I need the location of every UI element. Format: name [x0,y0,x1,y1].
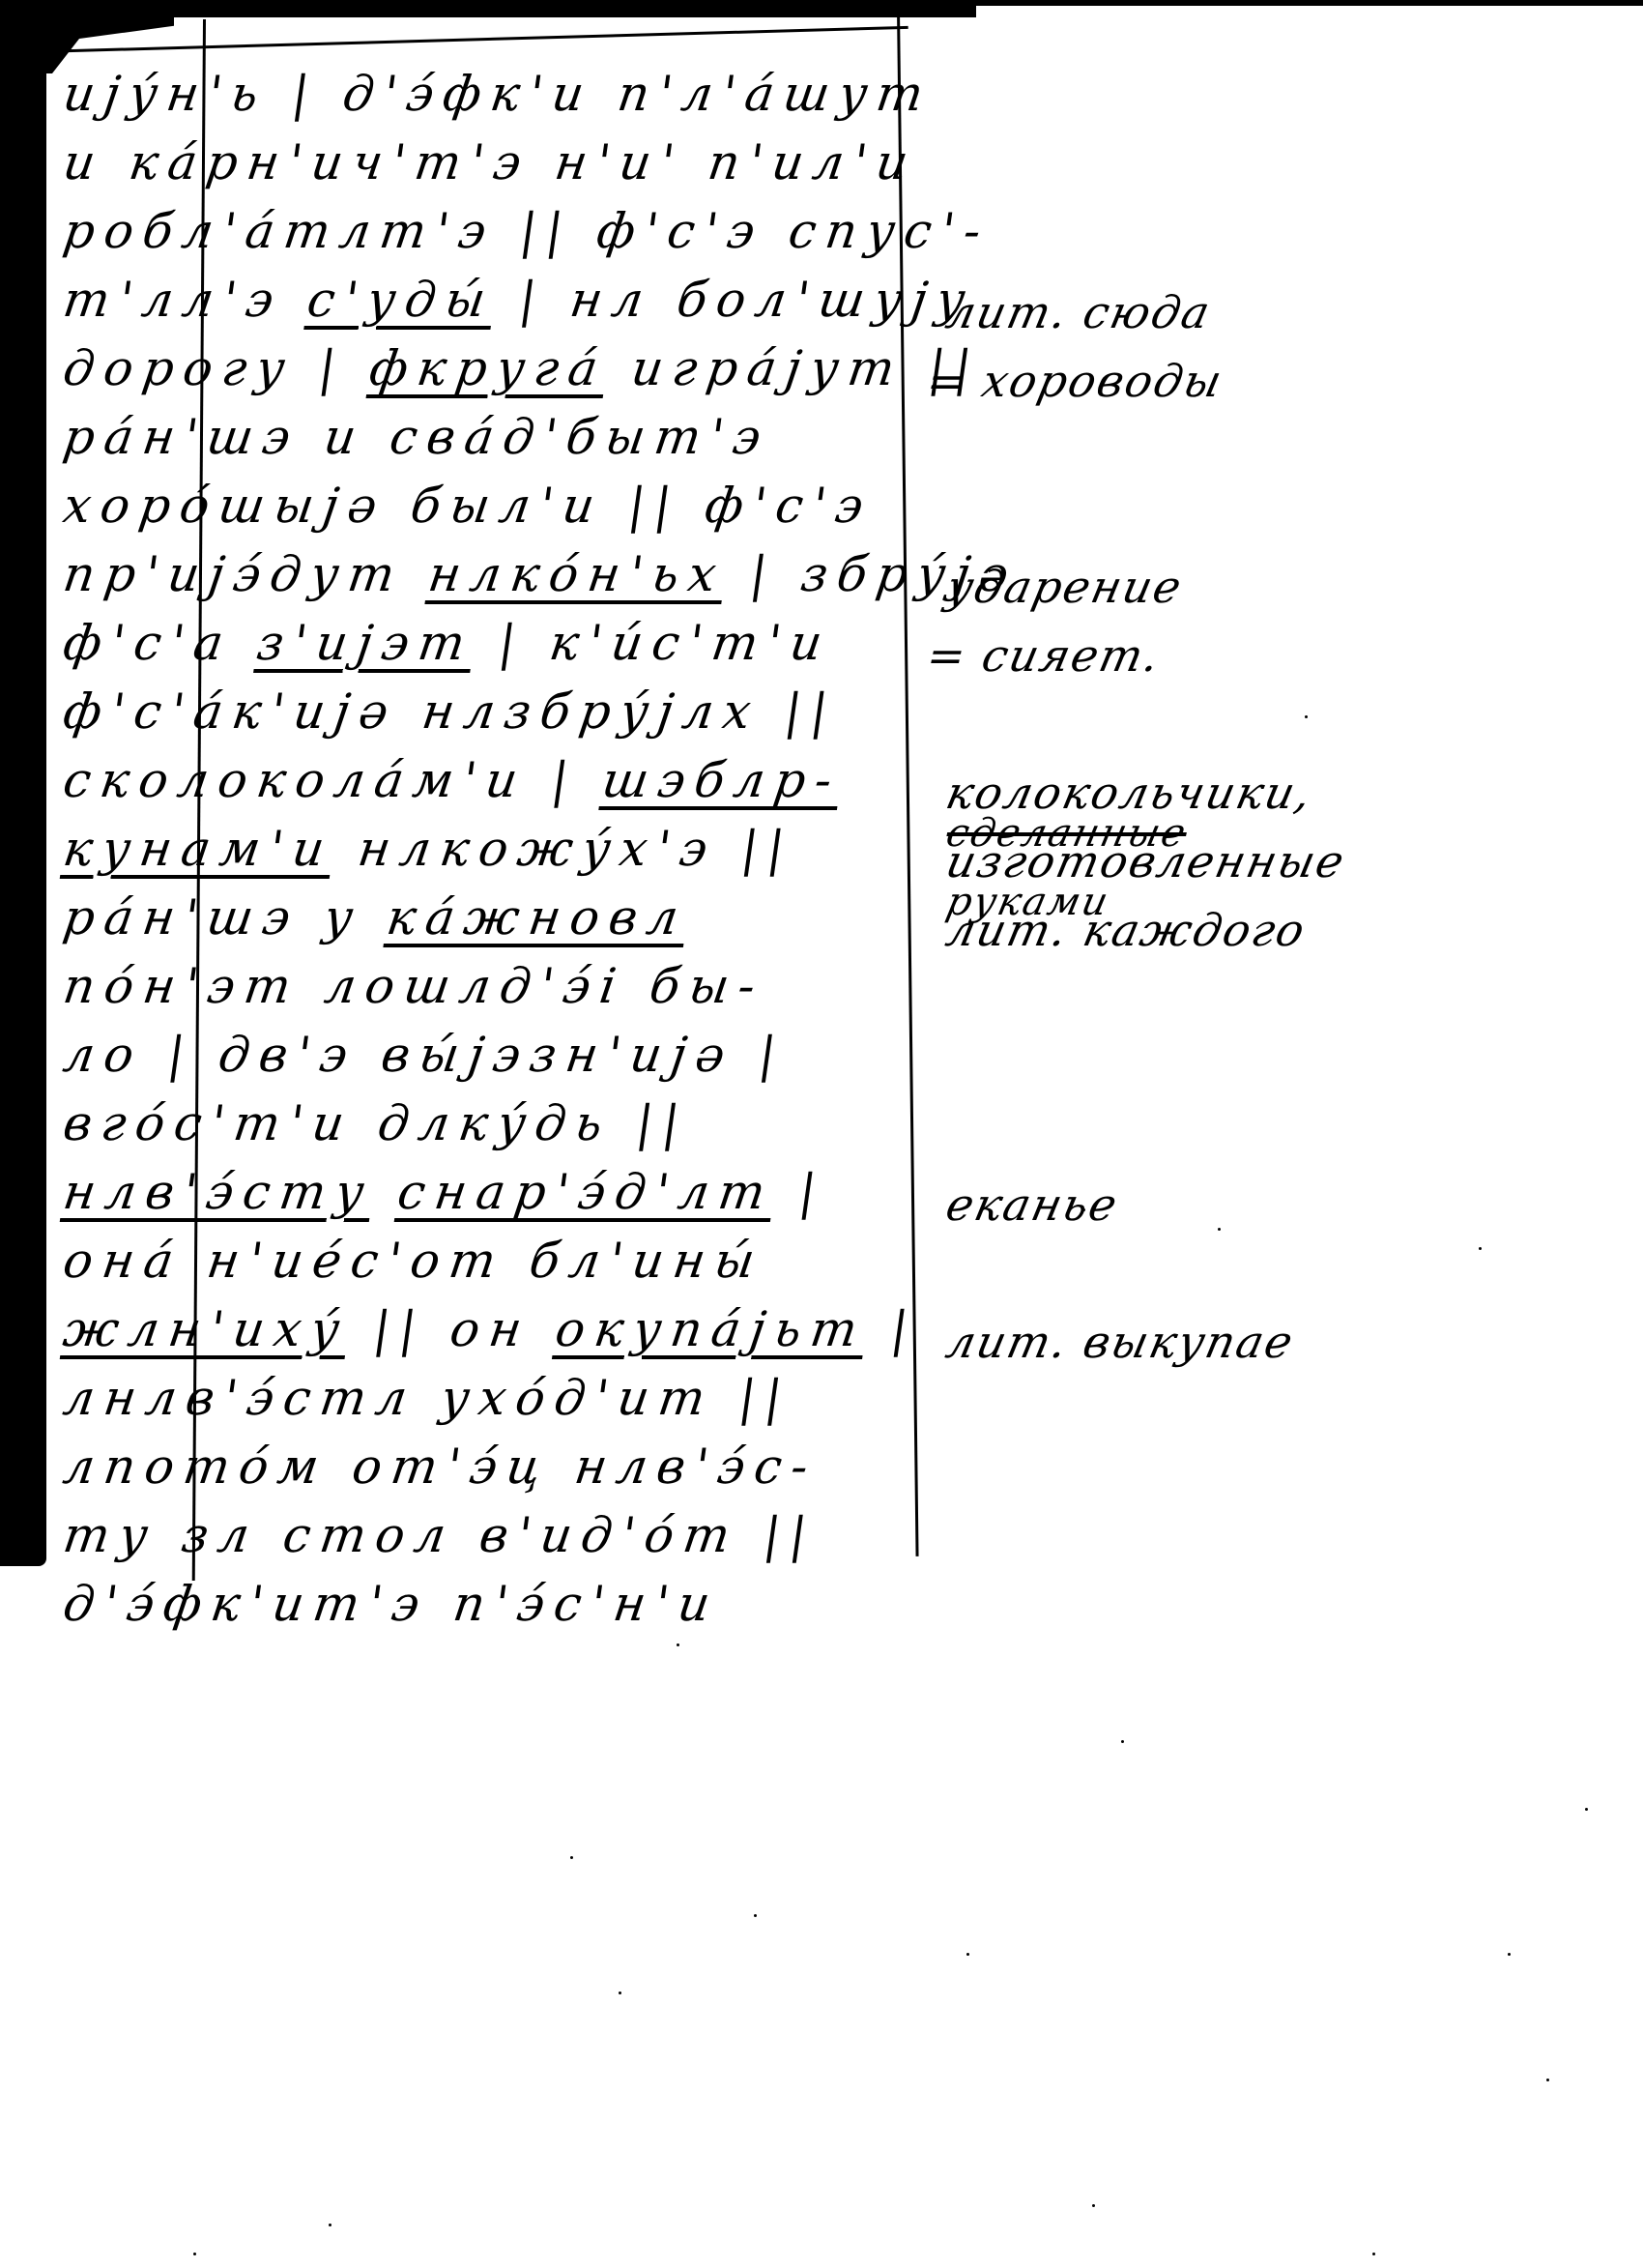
underlined-word: ка́жновл [384,889,692,945]
transcription-line: ф'с'а́к'ијә нлзбру́јлх || [59,678,919,746]
underlined-word: шэблр- [599,752,846,808]
scan-speck [1585,1808,1588,1811]
transcription-column: ију́н'ь | д'э́фк'и п'л'а́шути ка́рн'ич'т… [64,60,914,1639]
margin-note: = сияет. [922,629,1166,682]
scan-border-left [0,0,46,1566]
transcription-line: она́ н'ие́с'от бл'ины́ [59,1227,919,1295]
line-text: || он [345,1301,561,1357]
line-text: лпото́м от'э́ц нлв'э́с- [60,1439,821,1495]
transcription-line: жлн'иху́ || он окупа́јьт | [59,1295,919,1364]
scan-speck [619,1992,621,1994]
scan-speck [1479,1247,1482,1250]
transcription-line: робл'а́тлт'э || ф'с'э спус'- [59,197,919,266]
underlined-word: нлв'э́сту [60,1164,377,1220]
underlined-word: з'ијэт [253,615,477,671]
line-text: дорогу | [60,340,374,396]
transcription-line: нлв'э́сту снар'э́д'лт | [59,1158,919,1227]
line-text: сколокола́м'и | [60,752,607,808]
transcription-line: по́н'эт лошлд'э́i бы- [59,952,919,1021]
page-top-edge [39,26,908,53]
scan-speck [1546,2079,1549,2081]
line-text: ло | дв'э вы́јэзн'ијә | [60,1027,789,1083]
margin-note: лит. каждого [941,904,1311,956]
scan-speck [1508,1953,1511,1956]
line-text: ф'с'а́к'ијә нлзбру́јлх || [60,683,841,740]
transcription-line: лпото́м от'э́ц нлв'э́с- [59,1433,919,1501]
transcription-line: хоро́шыјә был'и || ф'с'э [59,472,919,540]
transcription-line: т'лл'э с'уды́ | нл бол'шују [59,266,919,334]
underlined-word: снар'э́д'лт [394,1164,778,1220]
line-text: | [862,1301,921,1357]
scan-border-top [0,0,976,17]
scan-speck [570,1856,573,1859]
scan-speck [1305,715,1308,718]
line-text: | [770,1164,829,1220]
scan-speck [677,1643,679,1646]
transcription-line: дорогу | фкруга́ игра́јут || [59,334,919,403]
margin-note: = хороводы [922,355,1228,407]
line-text: ра́н'шэ у [60,889,391,945]
transcription-line: сколокола́м'и | шэблр- [59,746,919,815]
transcription-line: ту зл стол в'ид'о́т || [59,1501,919,1570]
line-text: ра́н'шэ и сва́д'быт'э [60,409,774,465]
transcription-line: пр'ијэ́дут нлко́н'ьх | збру́јә [59,540,919,609]
scan-border-top-thin [976,0,1643,6]
transcription-line: ра́н'шэ и сва́д'быт'э [59,403,919,472]
transcription-line: и ка́рн'ич'т'э н'и' п'ил'и [59,129,919,197]
line-text: лнлв'э́стл ухо́д'ит || [60,1370,795,1426]
transcription-line: кунам'и нлкожу́х'э || [59,815,919,884]
scan-speck [1218,1228,1221,1231]
underlined-word: жлн'иху́ [60,1301,353,1357]
line-text: д'э́фк'ит'э п'э́с'н'и [60,1576,723,1632]
line-text: вго́с'т'и длку́дь || [60,1095,693,1151]
underlined-word: с'уды́ [303,272,498,328]
underlined-word: окупа́јьт [552,1301,870,1357]
line-text: ију́н'ь | д'э́фк'и п'л'а́шут [60,66,937,122]
scan-speck [1092,2204,1095,2207]
scan-speck [1121,1740,1124,1743]
scan-speck [193,2253,196,2255]
transcription-line: ију́н'ь | д'э́фк'и п'л'а́шут [59,60,919,129]
line-text: т'лл'э [60,272,312,328]
line-text: | к'и́с'т'и [470,615,835,671]
transcription-line: ф'с'а з'ијэт | к'и́с'т'и [59,609,919,678]
scan-speck [966,1953,969,1956]
transcription-line: лнлв'э́стл ухо́д'ит || [59,1364,919,1433]
scan-speck [754,1914,757,1917]
transcription-line: ло | дв'э вы́јэзн'ијә | [59,1021,919,1090]
line-text: она́ н'ие́с'от бл'ины́ [60,1233,767,1289]
line-text: нлкожу́х'э || [330,821,797,877]
transcription-line: д'э́фк'ит'э п'э́с'н'и [59,1570,919,1639]
line-text: робл'а́тлт'э || ф'с'э спус'- [60,203,994,259]
line-text: ф'с'а [60,615,261,671]
line-text: и ка́рн'ич'т'э н'и' п'ил'и [60,134,921,190]
margin-note: лит. выкупае [941,1316,1299,1368]
underlined-word: фкруга́ [366,340,611,396]
line-text: | нл бол'шују [491,272,979,328]
margin-note: ударение [941,561,1188,613]
line-text: ту зл стол в'ид'о́т || [60,1507,820,1563]
margin-note: еканье [941,1178,1123,1231]
underlined-word: кунам'и [60,821,337,877]
scan-speck [1372,2253,1375,2255]
underlined-word: нлко́н'ьх [425,546,730,602]
transcription-line: вго́с'т'и длку́дь || [59,1090,919,1158]
margin-note: лит. сюда [941,286,1216,338]
scan-speck [1082,1208,1085,1211]
transcription-line: ра́н'шэ у ка́жновл [59,884,919,952]
line-text: по́н'эт лошлд'э́i бы- [60,958,768,1014]
line-text: пр'ијэ́дут [60,546,433,602]
line-text: хоро́шыјә был'и || ф'с'э [60,478,877,534]
scan-speck [329,2224,331,2226]
